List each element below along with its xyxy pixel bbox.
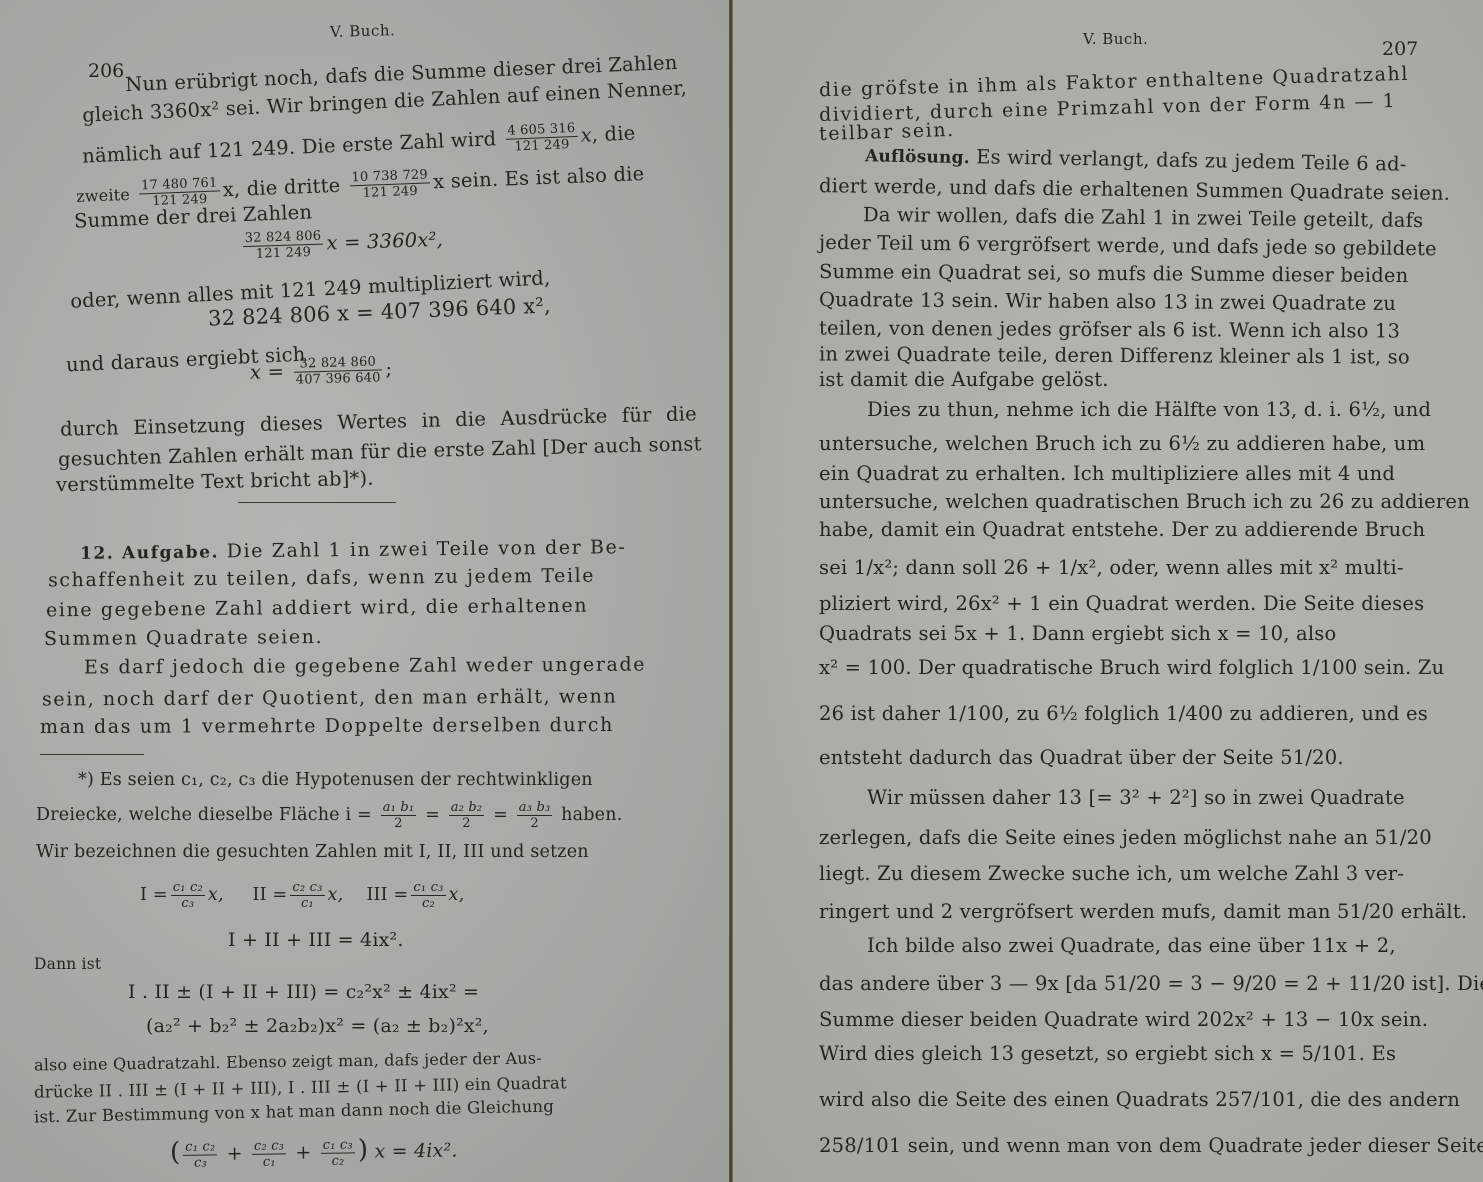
problem-line: eine gegebene Zahl addiert wird, die erh…: [46, 594, 588, 623]
solution-label: Auflösung.: [865, 146, 970, 168]
text-line: entsteht dadurch das Quadrat über der Se…: [819, 746, 1344, 770]
problem-line: schaffenheit zu teilen, dafs, wenn zu je…: [48, 564, 595, 593]
text-line: zerlegen, dafs die Seite eines jeden mög…: [819, 826, 1432, 850]
text-line: habe, damit ein Quadrat entstehe. Der zu…: [819, 518, 1425, 542]
text-line: untersuche, welchen quadratischen Bruch …: [819, 490, 1470, 514]
problem-line: Summen Quadrate seien.: [44, 625, 323, 651]
footnote-line: Wir bezeichnen die gesuchten Zahlen mit …: [36, 840, 589, 864]
text-line: das andere über 3 — 9x [da 51/20 = 3 − 9…: [819, 972, 1483, 996]
text-line: Summe dieser beiden Quadrate wird 202x² …: [819, 1008, 1428, 1032]
fraction: 32 824 806121 249: [243, 229, 324, 263]
text-line: sei 1/x²; dann soll 26 + 1/x², oder, wen…: [819, 556, 1404, 580]
text-line: pliziert wird, 26x² + 1 ein Quadrat werd…: [819, 592, 1424, 616]
fraction: 4 605 316121 249: [505, 121, 578, 155]
page-number: 207: [1382, 38, 1418, 60]
text-line: diert werde, und dafs die erhaltenen Sum…: [819, 174, 1450, 206]
text-line: liegt. Zu diesem Zwecke suche ich, um we…: [819, 862, 1404, 886]
section-divider: [238, 502, 396, 503]
text-line: teilen, von denen jedes gröfser als 6 is…: [819, 316, 1400, 343]
text-line: Quadrate 13 sein. Wir haben also 13 in z…: [819, 288, 1396, 316]
text-line: 258/101 sein, und wenn man von dem Quadr…: [819, 1134, 1483, 1158]
fraction: 32 824 860407 396 640: [293, 354, 383, 387]
problem-line: sein, noch darf der Quotient, den man er…: [42, 684, 617, 711]
text-line: Dies zu thun, nehme ich die Hälfte von 1…: [867, 398, 1431, 422]
page-number: 206: [88, 60, 124, 82]
footnote-equation: (a₂² + b₂² ± 2a₂b₂)x² = (a₂ ± b₂)²x²,: [146, 1014, 489, 1038]
footnote-equation: I . II ± (I + II + III) = c₂²x² ± 4ix² =: [128, 980, 479, 1004]
problem-line: man das um 1 vermehrte Doppelte derselbe…: [40, 713, 614, 739]
footnote-equation: I + II + III = 4ix².: [228, 928, 404, 952]
problem-line: 12. Aufgabe. Die Zahl 1 in zwei Teile vo…: [80, 535, 627, 566]
text-line: x² = 100. Der quadratische Bruch wird fo…: [819, 656, 1444, 680]
text-line: wird also die Seite des einen Quadrats 2…: [819, 1088, 1460, 1112]
text-line: Wir müssen daher 13 [= 3² + 2²] so in zw…: [867, 786, 1405, 810]
equation: x = 32 824 860407 396 640;: [250, 354, 393, 389]
footnote-equation: I =c₁ c₂c₃x, II =c₂ c₃c₁x, III =c₁ c₃c₂x…: [140, 880, 464, 911]
left-page: V. Buch. 206 Nun erübrigt noch, dafs die…: [0, 0, 731, 1182]
text-line: jeder Teil um 6 vergröfsert werde, und d…: [819, 231, 1437, 261]
running-header: V. Buch.: [330, 21, 396, 41]
footnote-line: Dreiecke, welche dieselbe Fläche i = a₁ …: [36, 800, 622, 831]
text-line: Summe ein Quadrat sei, so mufs die Summe…: [819, 260, 1409, 288]
footnote-line: *) Es seien c₁, c₂, c₃ die Hypotenusen d…: [78, 768, 593, 792]
text-line: Auflösung. Es wird verlangt, dafs zu jed…: [865, 143, 1407, 177]
text-line: verstümmelte Text bricht ab]*).: [56, 467, 374, 498]
problem-line: Es darf jedoch die gegebene Zahl weder u…: [84, 653, 646, 680]
fraction: 10 738 729121 249: [349, 167, 431, 201]
text-line: untersuche, welchen Bruch ich zu 6½ zu a…: [819, 432, 1425, 456]
text-line: Da wir wollen, dafs die Zahl 1 in zwei T…: [863, 203, 1424, 233]
equation: 32 824 806121 249x = 3360x²,: [240, 225, 444, 262]
text-line: in zwei Quadrate teile, deren Differenz …: [819, 342, 1410, 369]
problem-label: 12. Aufgabe.: [80, 542, 219, 563]
text-line: ringert und 2 vergröfsert werden mufs, d…: [819, 900, 1467, 924]
text-line: Quadrats sei 5x + 1. Dann ergiebt sich x…: [819, 622, 1336, 646]
text-line: ist damit die Aufgabe gelöst.: [819, 368, 1109, 392]
footnote-divider: [40, 754, 144, 755]
running-header: V. Buch.: [1083, 30, 1148, 48]
footnote-equation: (c₁ c₂c₃ + c₂ c₃c₁ + c₁ c₃c₂) x = 4ix².: [170, 1136, 458, 1171]
text-line: Ich bilde also zwei Quadrate, das eine ü…: [867, 934, 1396, 958]
text-line: Wird dies gleich 13 gesetzt, so ergiebt …: [819, 1042, 1396, 1066]
text-line: 26 ist daher 1/100, zu 6½ folglich 1/400…: [819, 702, 1428, 726]
right-page: V. Buch. 207 die gröfste in ihm als Fakt…: [733, 0, 1483, 1182]
text-line: ein Quadrat zu erhalten. Ich multiplizie…: [819, 462, 1395, 486]
text-line: teilbar sein.: [819, 118, 955, 146]
footnote-line: Dann ist: [34, 952, 101, 976]
